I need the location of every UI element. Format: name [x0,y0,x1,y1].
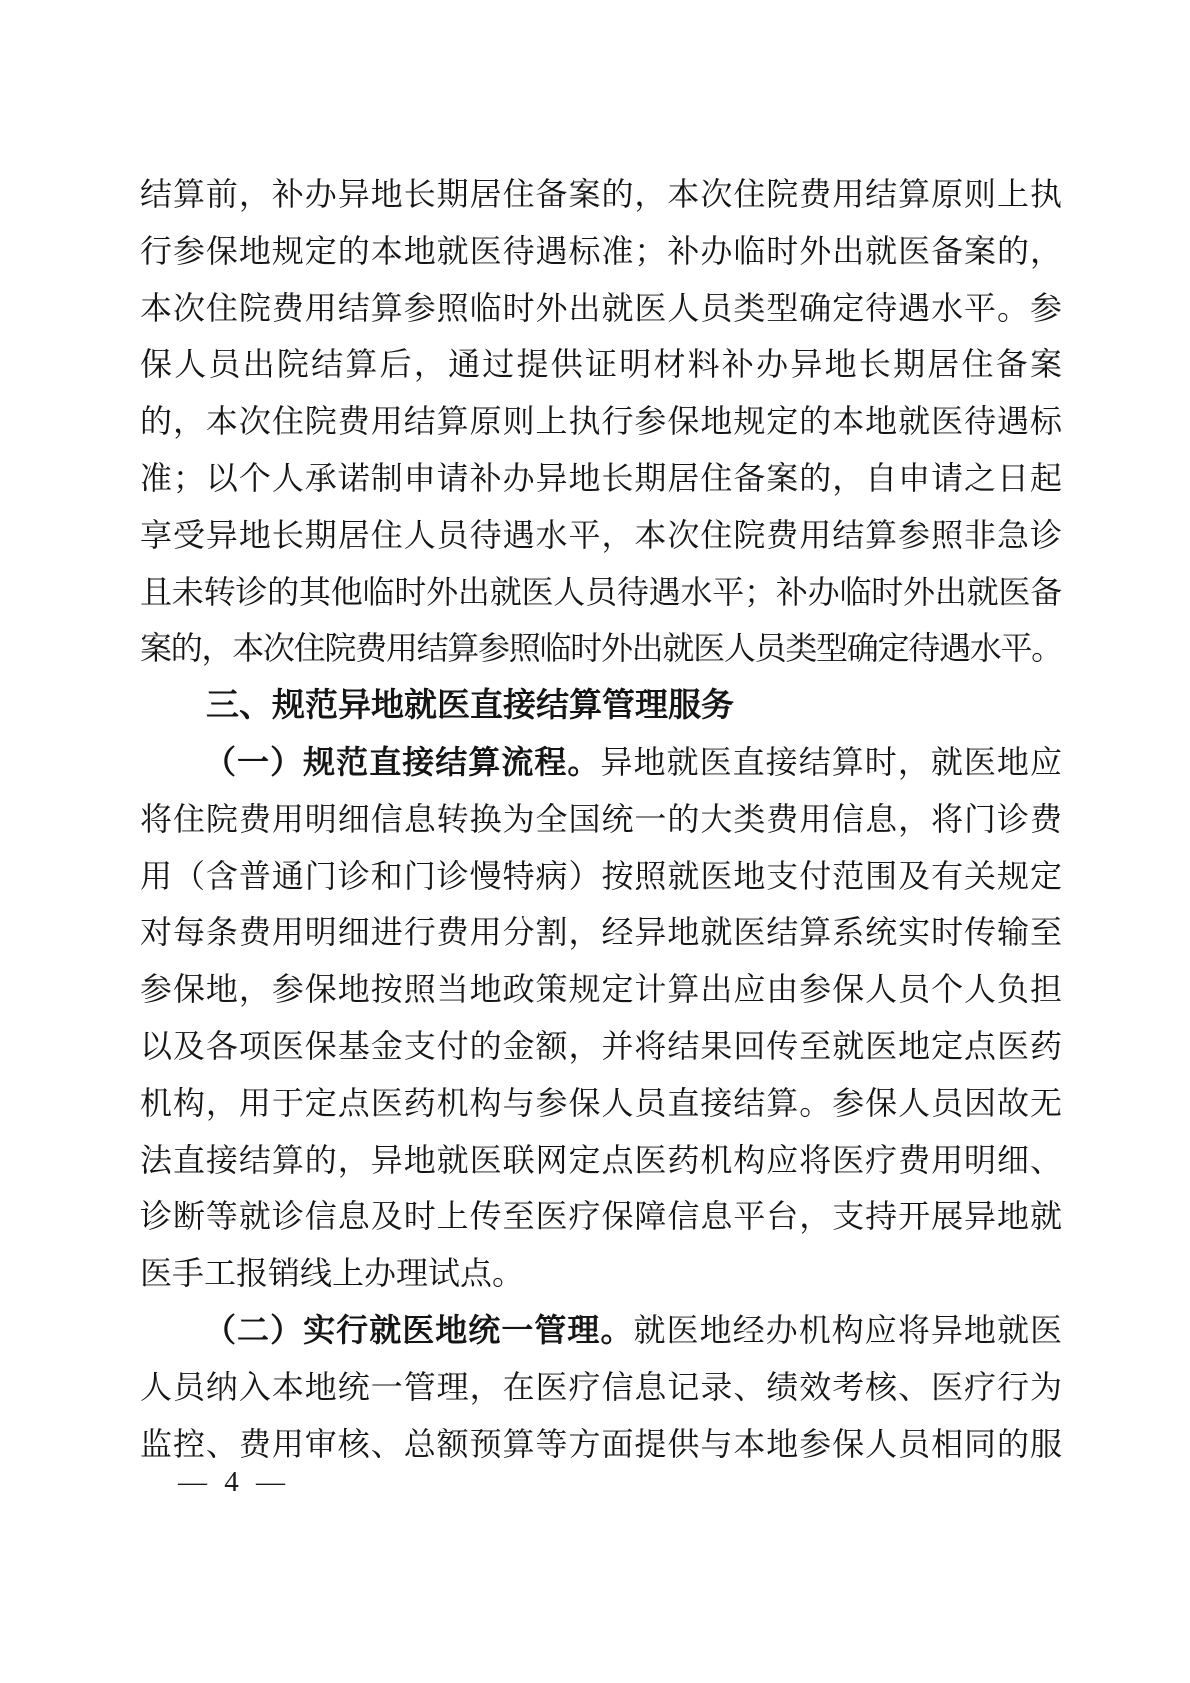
document-page: 结算前，补办异地长期居住备案的，本次住院费用结算原则上执行参保地规定的本地就医待… [0,0,1190,1683]
text-line: 且未转诊的其他临时外出就医人员待遇水平；补办临时外出就医备 [140,564,1062,621]
text-line: 将住院费用明细信息转换为全国统一的大类费用信息，将门诊费 [140,791,1062,848]
text-line: 以及各项医保基金支付的金额，并将结果回传至就医地定点医药 [140,1018,1062,1075]
text-line: 保人员出院结算后，通过提供证明材料补办异地长期居住备案 [140,336,1062,393]
text-line: 诊断等就诊信息及时上传至医疗保障信息平台，支持开展异地就 [140,1188,1062,1245]
text-line: （一）规范直接结算流程。异地就医直接结算时，就医地应 [140,734,1062,791]
text-line: 本次住院费用结算参照临时外出就医人员类型确定待遇水平。参 [140,280,1062,337]
paragraph-lead: （二）实行就医地统一管理。 [204,1312,634,1348]
text-line: 参保地，参保地按照当地政策规定计算出应由参保人员个人负担 [140,961,1062,1018]
text-line: 准；以个人承诺制申请补办异地长期居住备案的，自申请之日起 [140,450,1062,507]
paragraph-lead: （一）规范直接结算流程。 [204,744,600,780]
text-line: 机构，用于定点医药机构与参保人员直接结算。参保人员因故无 [140,1075,1062,1132]
document-body: 结算前，补办异地长期居住备案的，本次住院费用结算原则上执行参保地规定的本地就医待… [140,166,1062,1472]
text-line: 用（含普通门诊和门诊慢特病）按照就医地支付范围及有关规定 [140,848,1062,905]
text-line: 人员纳入本地统一管理，在医疗信息记录、绩效考核、医疗行为 [140,1359,1062,1416]
text-line: 的，本次住院费用结算原则上执行参保地规定的本地就医待遇标 [140,393,1062,450]
page-number: — 4 — [178,1462,285,1502]
text-line: （二）实行就医地统一管理。就医地经办机构应将异地就医 [140,1302,1062,1359]
text-line: 医手工报销线上办理试点。 [140,1245,1062,1302]
text-line: 案的，本次住院费用结算参照临时外出就医人员类型确定待遇水平。 [140,620,1062,677]
text-line: 对每条费用明细进行费用分割，经异地就医结算系统实时传输至 [140,904,1062,961]
text-line: 行参保地规定的本地就医待遇标准；补办临时外出就医备案的， [140,223,1062,280]
section-heading: 三、规范异地就医直接结算管理服务 [140,677,1062,734]
text-line: 享受异地长期居住人员待遇水平，本次住院费用结算参照非急诊 [140,507,1062,564]
text-line: 结算前，补办异地长期居住备案的，本次住院费用结算原则上执 [140,166,1062,223]
text-line: 法直接结算的，异地就医联网定点医药机构应将医疗费用明细、 [140,1132,1062,1189]
